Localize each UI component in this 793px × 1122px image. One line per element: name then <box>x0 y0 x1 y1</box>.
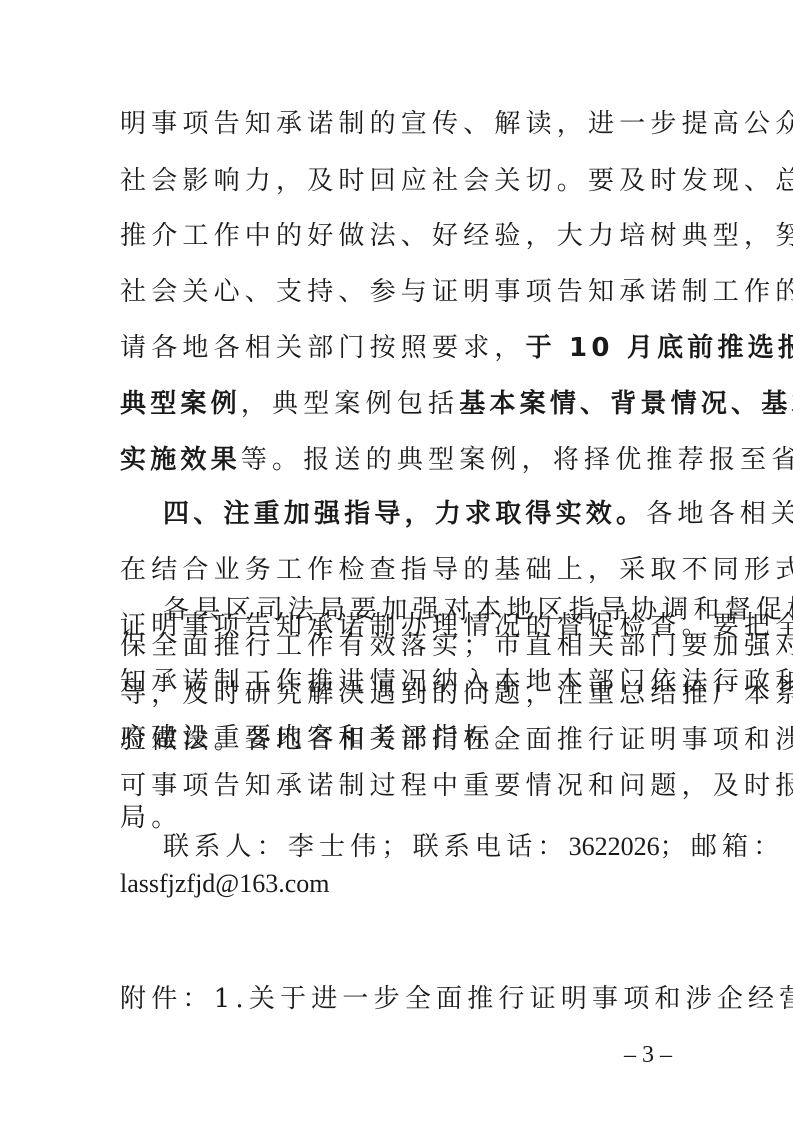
contact-email: lassfjzfjd@163.com <box>120 866 686 902</box>
body-line: 保全面推行工作有效落实；市直相关部门要加强对本系统指 <box>120 628 686 664</box>
body-line: 实施效果等。报送的典型案例，将择优推荐报至省司法厅。 <box>120 442 686 478</box>
body-text: ，典型案例包括 <box>241 389 459 419</box>
body-line: 推介工作中的好做法、好经验，大力培树典型，努力营造全 <box>120 218 686 254</box>
contact-person-label: 联系人： <box>163 832 288 862</box>
content-emphasis: 基本案情、背景情况、基本做法、 <box>459 389 793 419</box>
body-line: 在结合业务工作检查指导的基础上，采取不同形式，加强对 <box>120 552 686 588</box>
page-number: – 3 – <box>624 1040 672 1070</box>
body-line: 明事项告知承诺制的宣传、解读，进一步提高公众知晓度和 <box>120 106 686 142</box>
separator: ； <box>381 832 412 862</box>
contact-email-label: 邮箱： <box>691 832 785 862</box>
attachment-label: 附件： <box>120 984 214 1014</box>
body-line: 请各地各相关部门按照要求，于 10 月底前推选报送 1—2 个 <box>120 330 686 366</box>
attachment-line: 附件：1.关于进一步全面推行证明事项和涉企经营许可事项 <box>120 981 686 1017</box>
body-line: 可事项告知承诺制过程中重要情况和问题，及时报市司法 <box>120 768 686 804</box>
body-line: 典型案例，典型案例包括基本案情、背景情况、基本做法、 <box>120 386 686 422</box>
document-page: 明事项告知承诺制的宣传、解读，进一步提高公众知晓度和 社会影响力，及时回应社会关… <box>0 0 793 1122</box>
body-text: 请各地各相关部门按照要求， <box>120 333 526 363</box>
body-line: 导，及时研究解决遇到的问题，注重总结推广本系统典型经 <box>120 676 686 712</box>
contact-person-name: 李士伟 <box>288 832 382 862</box>
separator: ； <box>660 832 691 862</box>
body-line: 社会影响力，及时回应社会关切。要及时发现、总结、宣传 <box>120 163 686 199</box>
body-line: 社会关心、支持、参与证明事项告知承诺制工作的良好局面。 <box>120 274 686 310</box>
section-heading-line: 四、注重加强指导，力求取得实效。各地各相关部门要 <box>163 496 686 532</box>
section-heading: 四、注重加强指导，力求取得实效。 <box>163 499 646 529</box>
effect-emphasis: 实施效果 <box>120 445 241 475</box>
contact-phone-label: 联系电话： <box>413 832 569 862</box>
body-text: 各地各相关部门要 <box>646 499 793 529</box>
contact-phone: 3622026 <box>569 832 660 861</box>
case-emphasis: 典型案例 <box>120 389 241 419</box>
attachment-item: 1.关于进一步全面推行证明事项和涉企经营许可事项 <box>214 984 793 1014</box>
contact-line: 联系人：李士伟；联系电话：3622026；邮箱： <box>163 829 686 865</box>
body-text: 等。报送的典型案例，将择优推荐报至省司法厅。 <box>241 445 793 475</box>
deadline-emphasis: 于 10 月底前推选报送 1—2 个 <box>526 333 793 363</box>
body-line: 验做法。各地各相关部门在全面推行证明事项和涉企经营许 <box>120 722 686 758</box>
body-line: 各县区司法局要加强对本地区指导协调和督促检查，确 <box>163 592 686 628</box>
